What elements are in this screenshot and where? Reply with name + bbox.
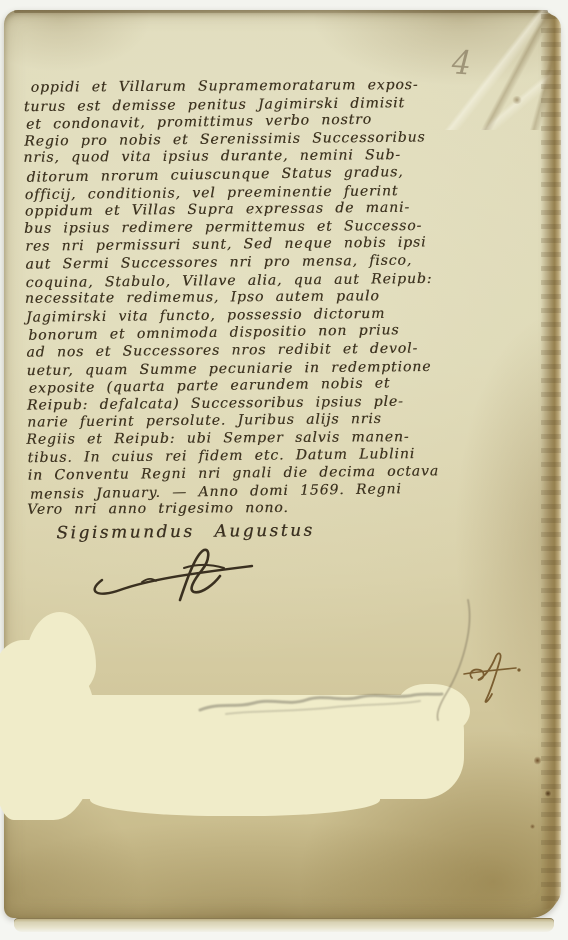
paper-patch (90, 780, 380, 816)
bleedthrough-text (196, 688, 446, 722)
ink-stain (545, 790, 551, 797)
archivist-ink-mark (462, 648, 524, 706)
manuscript-line: bus ipsius redimere permittemus et Succe… (24, 217, 530, 238)
ink-stain (512, 96, 522, 104)
under-page-edges (14, 918, 554, 932)
manuscript-line: Vero nri anno trigesimo nono. (27, 498, 533, 519)
manuscript-scan: 4 oppidi et Villarum Supramemoratarum ex… (0, 0, 568, 940)
manuscript-text-block: oppidi et Villarum Supramemoratarum expo… (24, 75, 535, 543)
signature-paraph-flourish (84, 546, 284, 606)
ink-stain (534, 756, 541, 765)
binding-edge (541, 14, 561, 910)
ink-stain (530, 824, 535, 829)
manuscript-line: necessitate redimemus, Ipso autem paulo (25, 287, 531, 308)
